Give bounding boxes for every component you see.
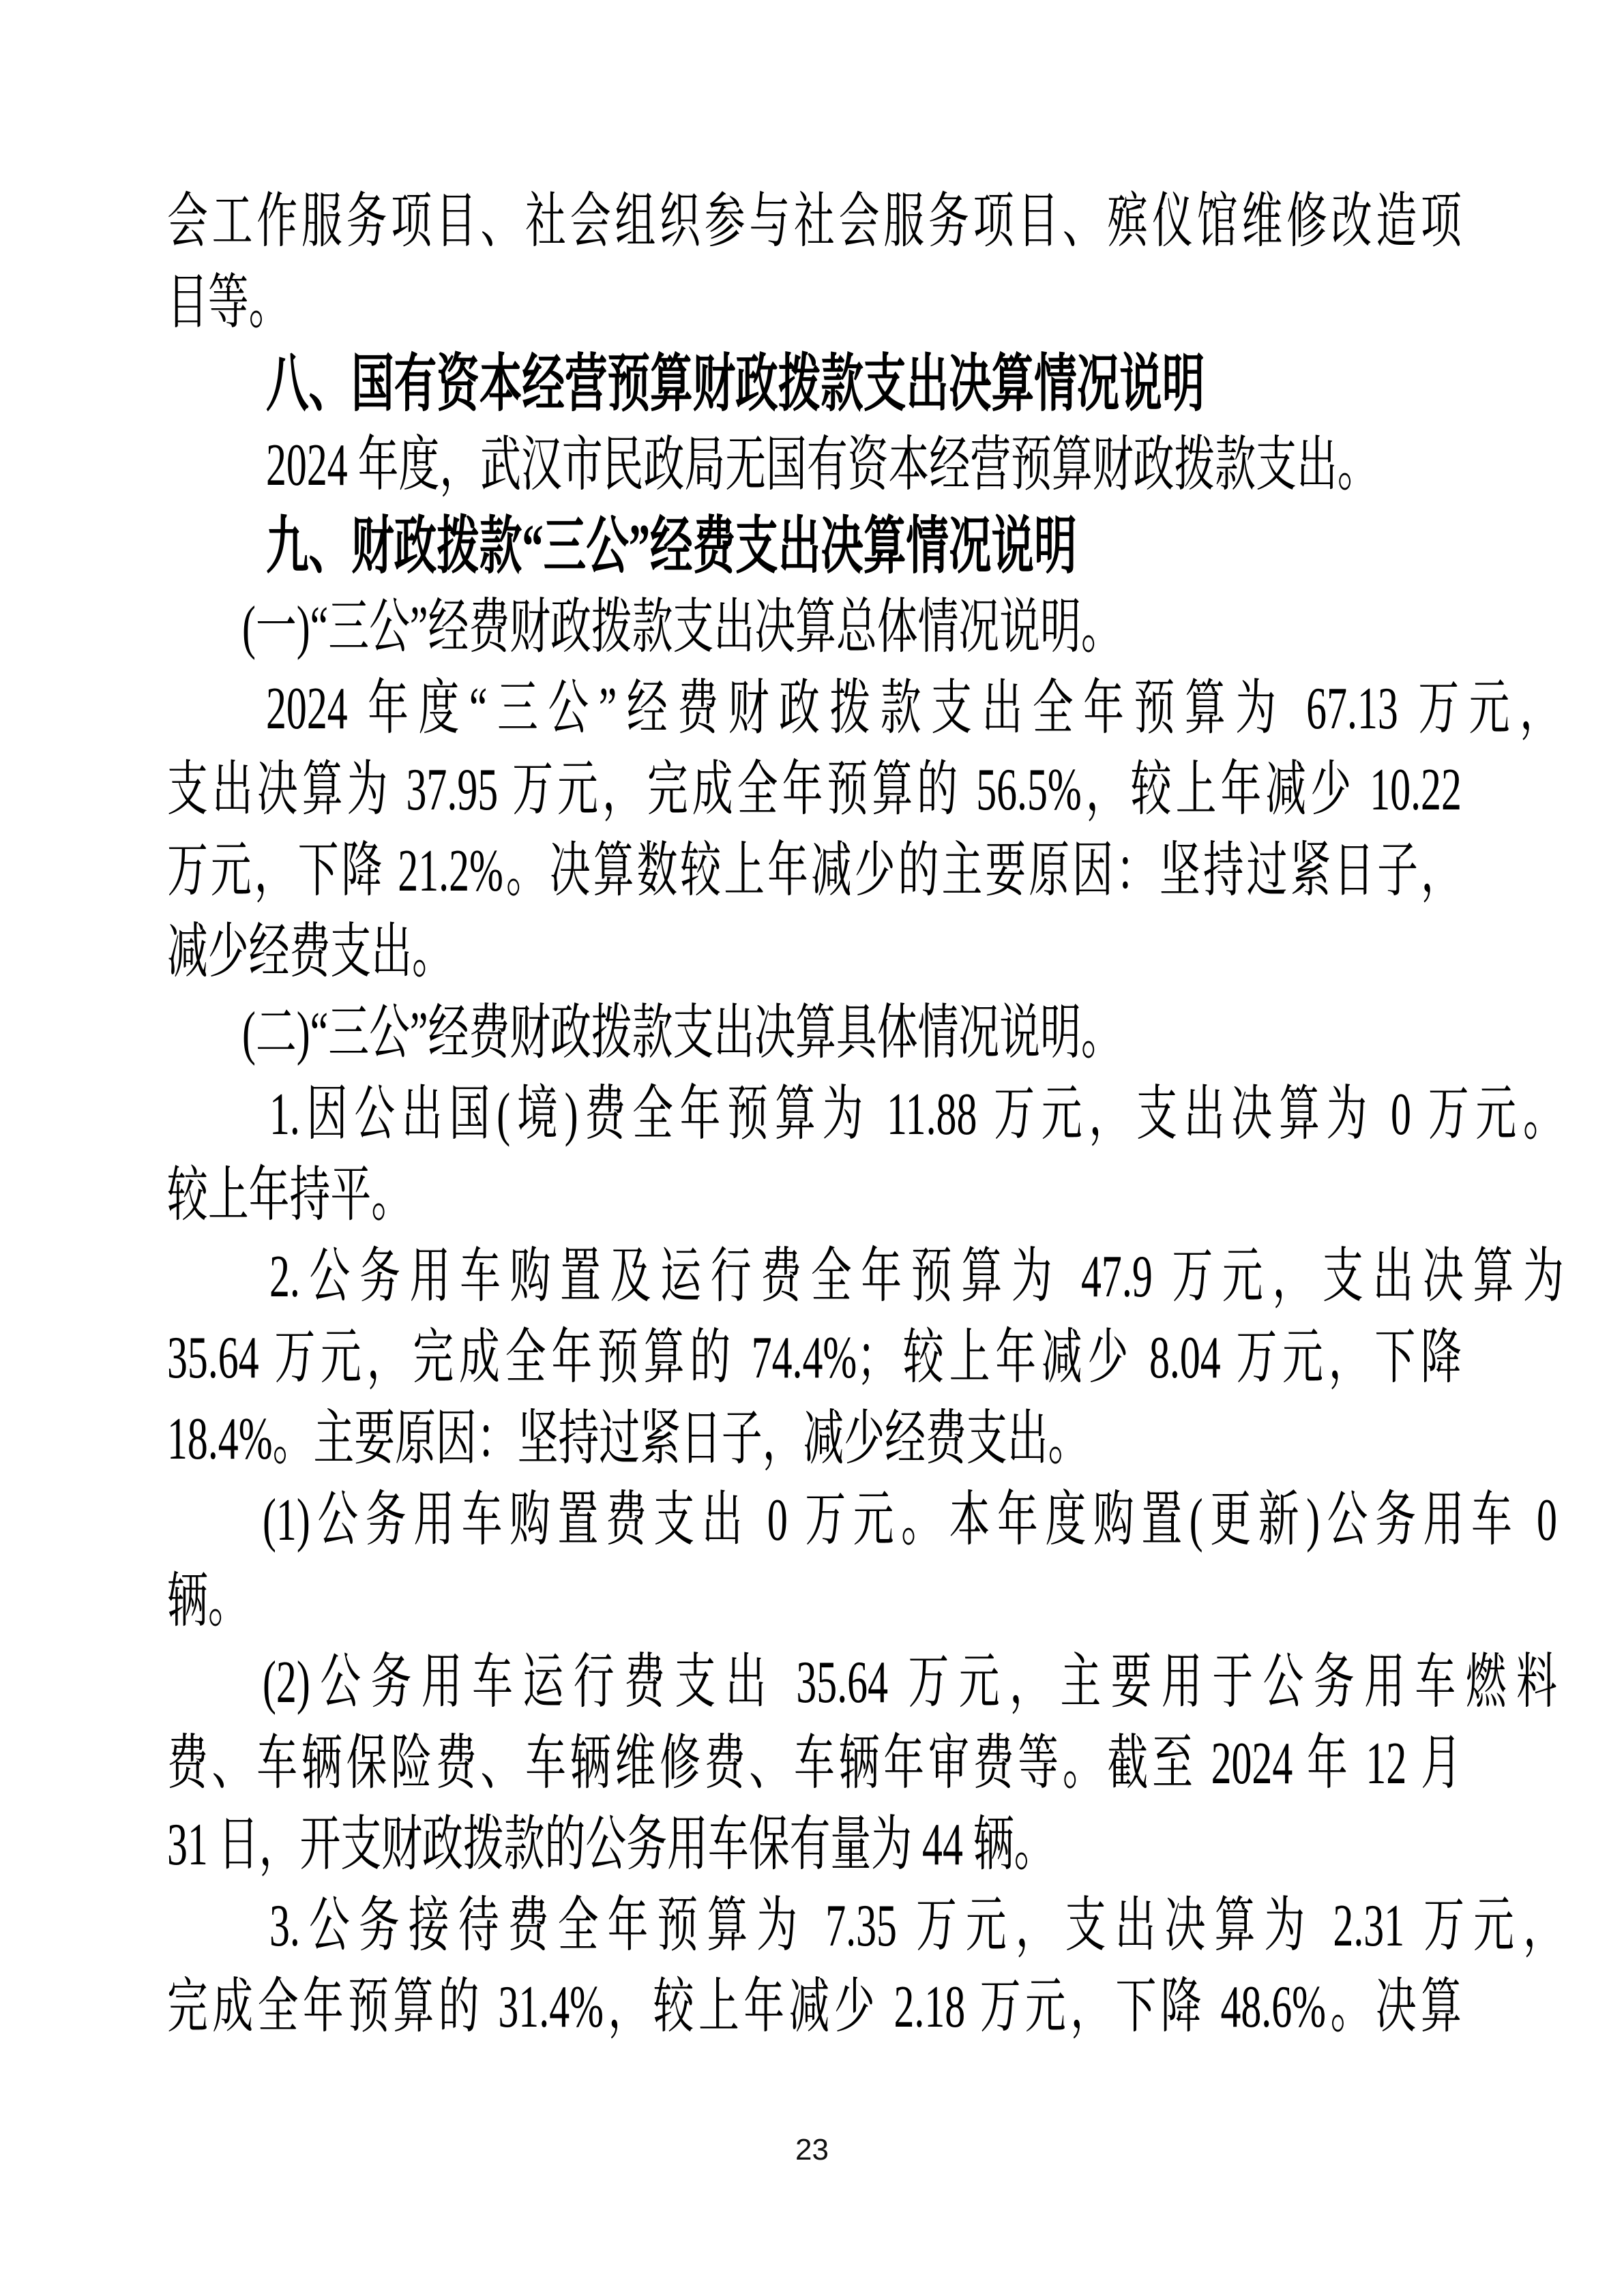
paragraph: (2)公务用车运行费支出 35.64 万元，主要用于公务用车燃料费、车辆保险费、… [167, 1642, 1462, 1885]
text-line: 1.因公出国(境)费全年预算为 11.88 万元，支出决算为 0 万元。 [167, 1074, 1564, 1155]
text-line: 3.公务接待费全年预算为 7.35 万元，支出决算为 2.31 万元， [167, 1885, 1564, 1967]
document-body: 会工作服务项目、社会组织参与社会服务项目、殡仪馆维修改造项目等。八、国有资本经营… [167, 181, 1462, 2048]
text-line: 18.4%。主要原因：坚持过紧日子，减少经费支出。 [167, 1399, 1462, 1480]
text-line: 费、车辆保险费、车辆维修费、车辆年审费等。截至 2024 年 12 月 [167, 1723, 1462, 1804]
text-line: 会工作服务项目、社会组织参与社会服务项目、殡仪馆维修改造项 [167, 181, 1462, 263]
text-line: 支出决算为 37.95 万元，完成全年预算的 56.5%，较上年减少 10.22 [167, 749, 1462, 831]
paragraph: 1.因公出国(境)费全年预算为 11.88 万元，支出决算为 0 万元。较上年持… [167, 1074, 1462, 1236]
paragraph: 八、国有资本经营预算财政拨款支出决算情况说明 [167, 344, 1462, 425]
text-line: 辆。 [167, 1561, 1462, 1642]
paragraph: (一)“三公”经费财政拨款支出决算总体情况说明。 [167, 587, 1462, 668]
text-line: 2.公务用车购置及运行费全年预算为 47.9 万元，支出决算为 [167, 1236, 1564, 1317]
text-line: 减少经费支出。 [167, 912, 1462, 993]
page-number: 23 [0, 2133, 1624, 2167]
paragraph: 2024 年度，武汉市民政局无国有资本经营预算财政拨款支出。 [167, 425, 1462, 506]
paragraph: 九、财政拨款“三公”经费支出决算情况说明 [167, 506, 1462, 587]
text-line: 2024 年度“三公”经费财政拨款支出全年预算为 67.13 万元， [167, 668, 1561, 749]
paragraph: 3.公务接待费全年预算为 7.35 万元，支出决算为 2.31 万元，完成全年预… [167, 1885, 1462, 2048]
text-line: 2024 年度，武汉市民政局无国有资本经营预算财政拨款支出。 [167, 425, 1561, 506]
paragraph: 会工作服务项目、社会组织参与社会服务项目、殡仪馆维修改造项目等。 [167, 181, 1462, 344]
text-line: (2)公务用车运行费支出 35.64 万元，主要用于公务用车燃料 [167, 1642, 1557, 1723]
paragraph: (二)“三公”经费财政拨款支出决算具体情况说明。 [167, 993, 1462, 1074]
paragraph: 2024 年度“三公”经费财政拨款支出全年预算为 67.13 万元，支出决算为 … [167, 668, 1462, 993]
text-line: (1)公务用车购置费支出 0 万元。本年度购置(更新)公务用车 0 [167, 1480, 1557, 1561]
text-line: 万元，下降 21.2%。决算数较上年减少的主要原因：坚持过紧日子， [167, 831, 1462, 912]
text-line: 35.64 万元，完成全年预算的 74.4%；较上年减少 8.04 万元，下降 [167, 1317, 1462, 1399]
text-line: (一)“三公”经费财政拨款支出决算总体情况说明。 [167, 587, 1537, 668]
text-line: (二)“三公”经费财政拨款支出决算具体情况说明。 [167, 993, 1537, 1074]
text-line: 完成全年预算的 31.4%，较上年减少 2.18 万元，下降 48.6%。决算 [167, 1967, 1462, 2048]
paragraph: (1)公务用车购置费支出 0 万元。本年度购置(更新)公务用车 0辆。 [167, 1480, 1462, 1642]
heading-line: 九、财政拨款“三公”经费支出决算情况说明 [167, 506, 1561, 587]
text-line: 目等。 [167, 263, 1462, 344]
text-line: 31 日，开支财政拨款的公务用车保有量为 44 辆。 [167, 1804, 1462, 1885]
heading-line: 八、国有资本经营预算财政拨款支出决算情况说明 [167, 344, 1561, 425]
text-line: 较上年持平。 [167, 1155, 1462, 1236]
paragraph: 2.公务用车购置及运行费全年预算为 47.9 万元，支出决算为35.64 万元，… [167, 1236, 1462, 1480]
